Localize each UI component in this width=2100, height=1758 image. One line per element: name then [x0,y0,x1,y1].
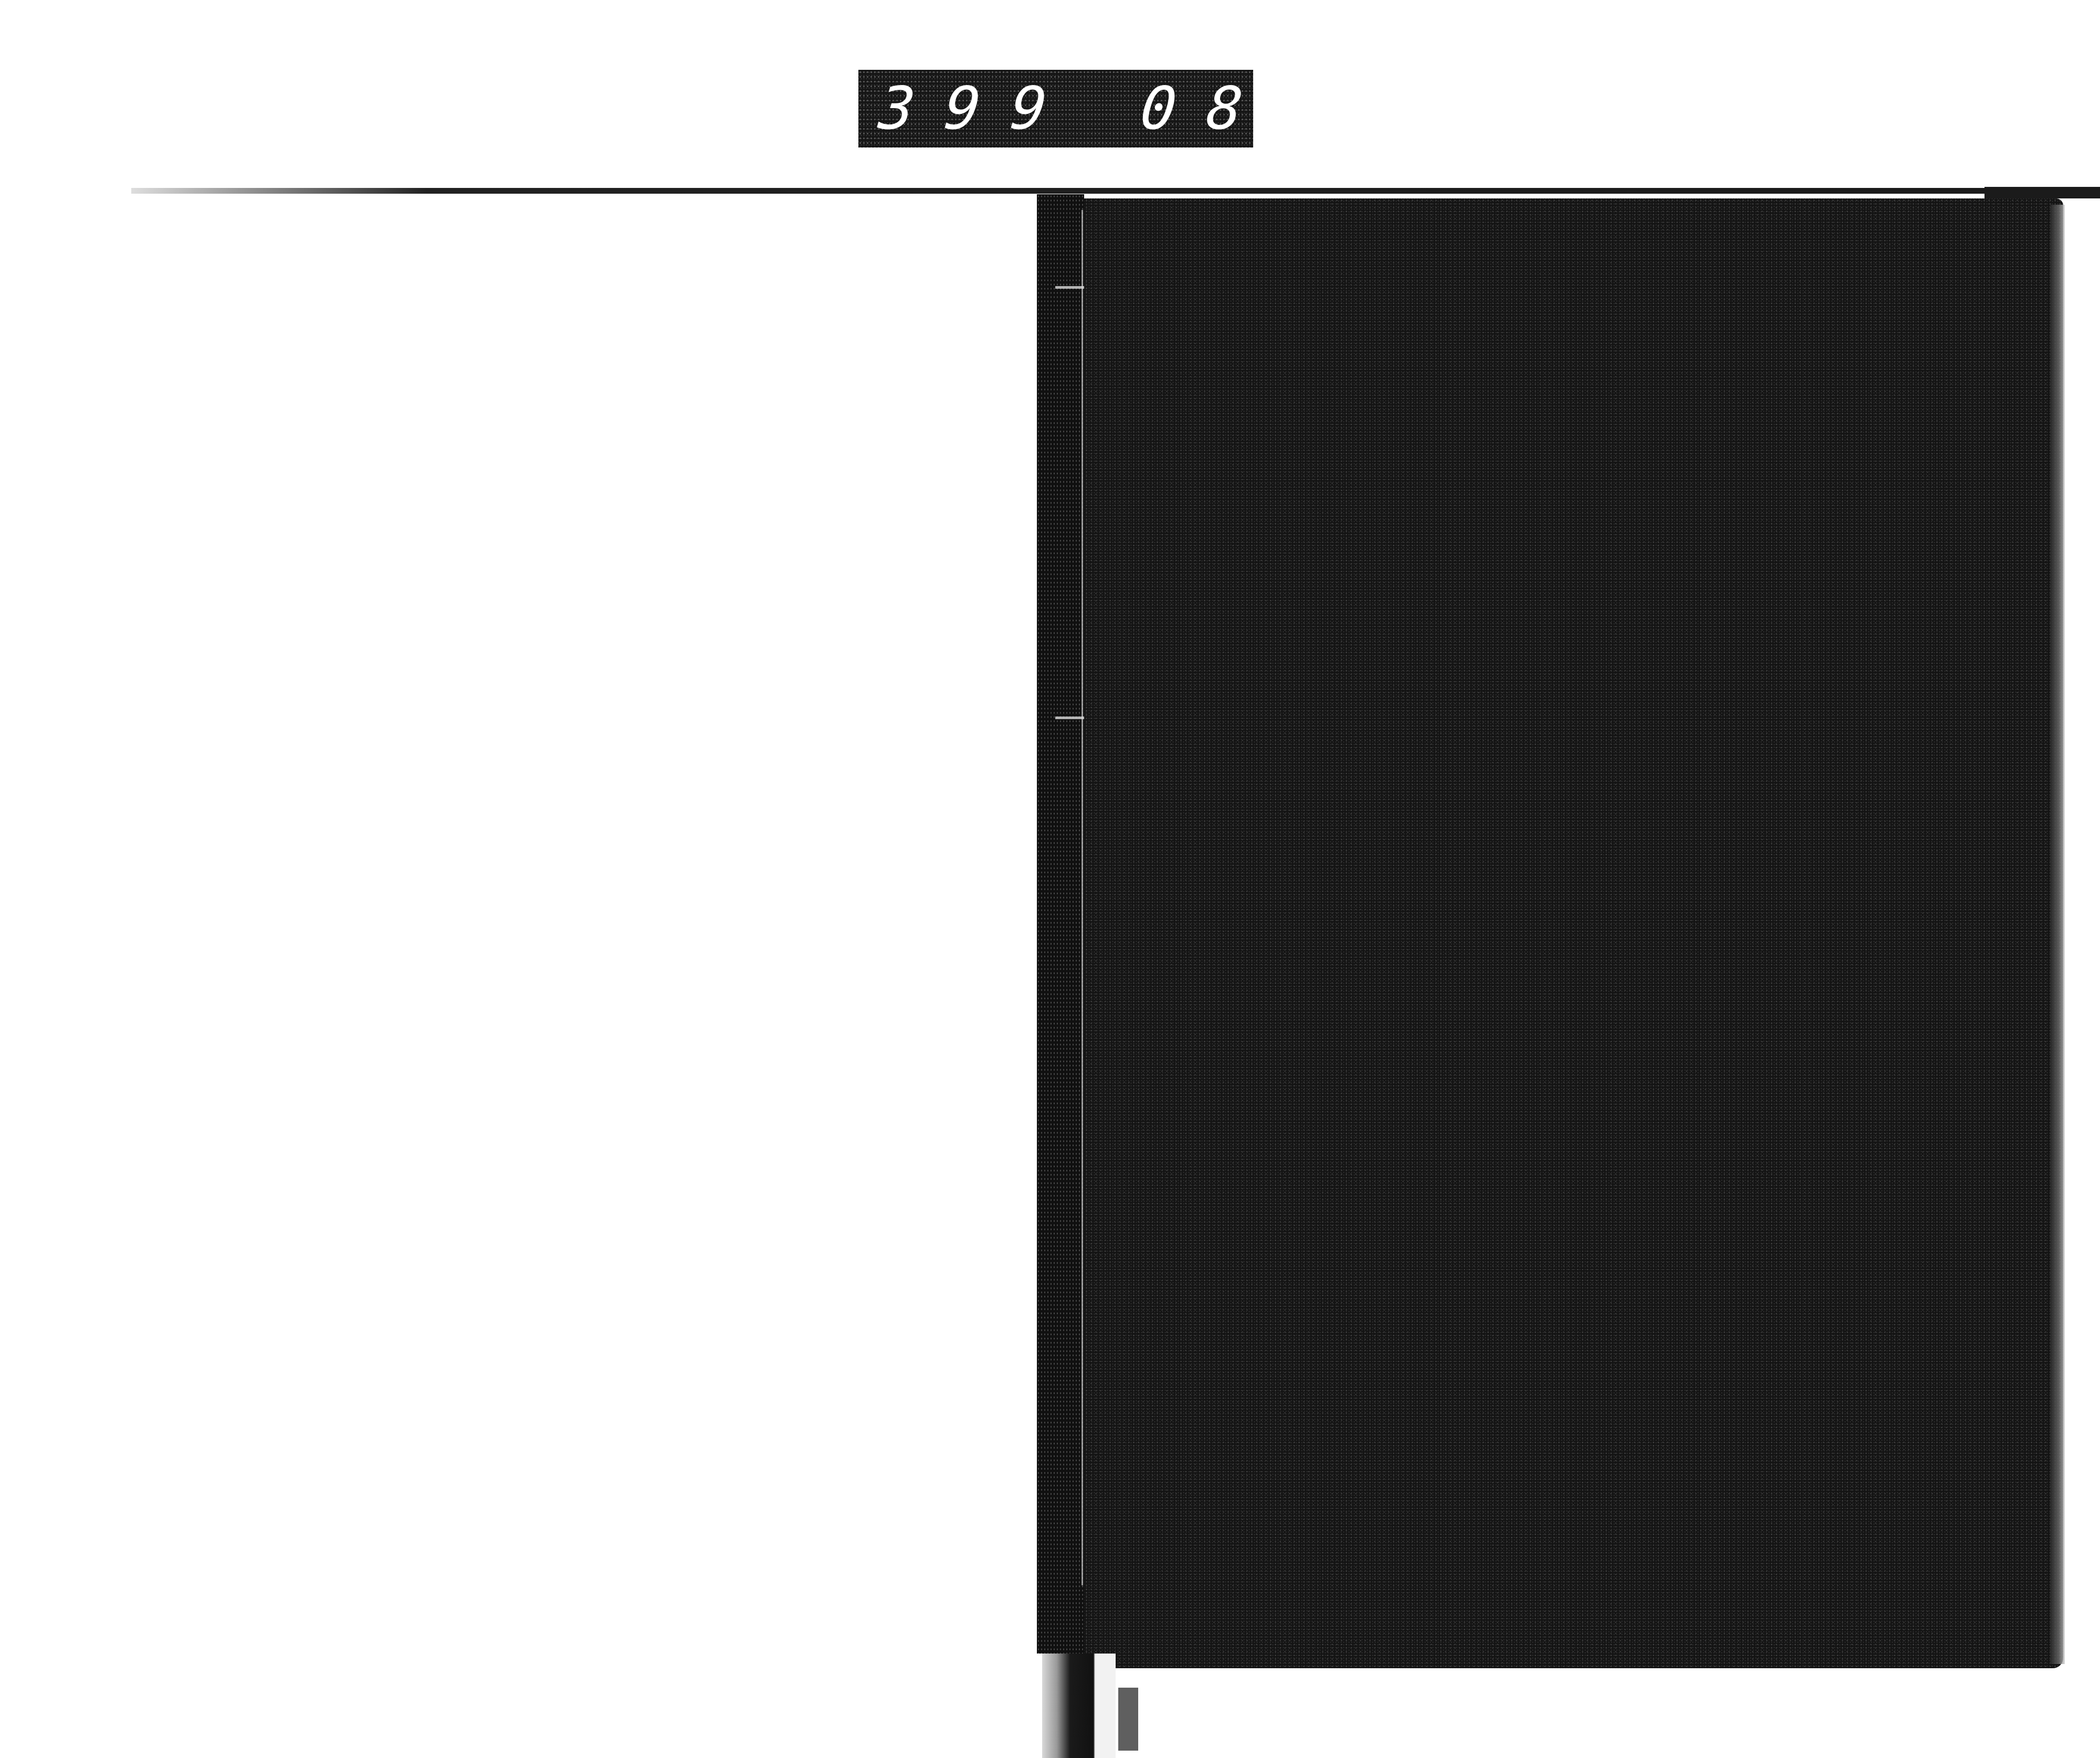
reel-digit: 8 [1204,79,1245,138]
spine-band-mark [1055,717,1084,719]
reel-digit: 9 [1008,79,1049,138]
cover-fore-edge [2050,205,2065,1664]
spine-band-mark [1055,286,1084,289]
reel-digit: 3 [876,79,918,138]
reel-number-group-1: 3 9 9 [879,79,1046,138]
page-fragment [1118,1688,1138,1751]
frame-edge-rule-right [1984,187,2100,198]
page-block-bottom [1042,1654,1116,1758]
reel-number-label: 3 9 9 0 8 0. [858,70,1253,148]
reel-digit: 9 [942,79,984,138]
book-cover [1084,198,2063,1668]
reel-digit: 0 [1138,79,1179,138]
reel-number-group-2: 0 8 0. [1141,79,1343,138]
book-spine [1037,194,1084,1654]
reel-digit: 0. [1269,79,1347,138]
frame-edge-rule [131,188,2100,194]
spine-hinge-line [1081,210,1083,1585]
